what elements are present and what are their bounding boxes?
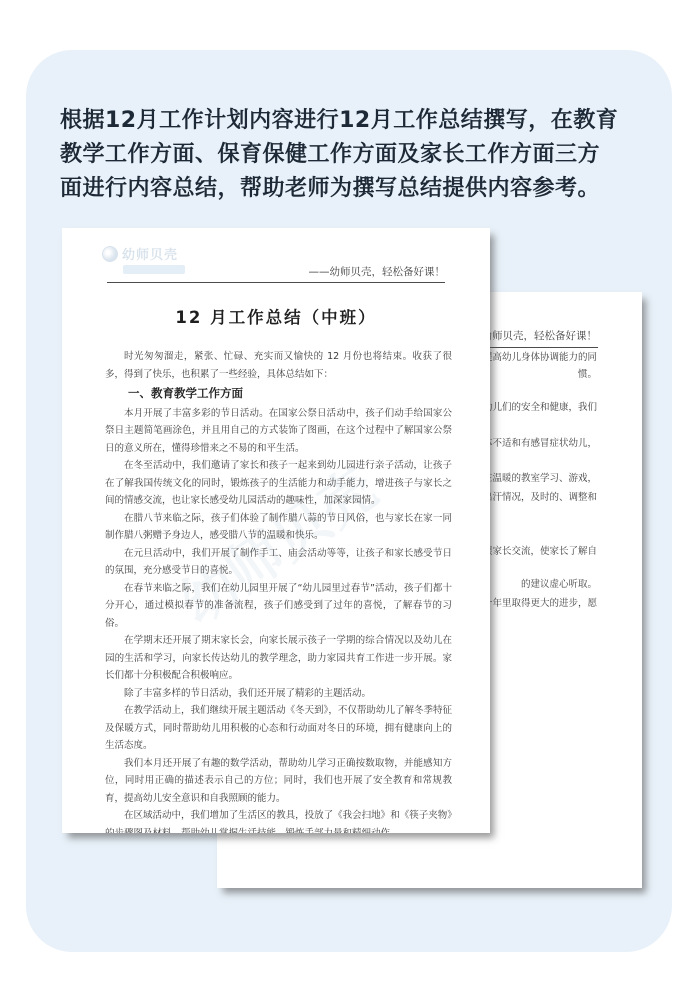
document-title: 12 月工作总结（中班） xyxy=(62,304,490,328)
front-page-tagline: ——幼师贝壳，轻松备好课！ xyxy=(309,264,446,279)
document-body: 时光匆匆溜走，紧张、忙碌、充实而又愉快的 12 月份也将结束。收获了很多，得到了… xyxy=(105,348,452,833)
body-paragraph: 除了丰富多样的节日活动，我们还开展了精彩的主题活动。 xyxy=(105,685,452,703)
section-heading: 一、教育教学工作方面 xyxy=(105,385,452,403)
back-text-fragment: 惯。 xyxy=(578,369,597,381)
body-paragraph: 在腊八节来临之际，孩子们体验了制作腊八蒜的节日风俗，也与家长在家一同制作腊八粥赠… xyxy=(105,510,452,545)
body-paragraph: 在学期末还开展了期末家长会，向家长展示孩子一学期的综合情况以及幼儿在园的生活和学… xyxy=(105,632,452,685)
body-paragraph: 本月开展了丰富多彩的节日活动。在国家公祭日活动中，孩子们动手给国家公祭日主题简笔… xyxy=(105,405,452,458)
instruction-line: 教学工作方面、保育保健工作方面及家长工作方面三方 xyxy=(60,138,660,172)
instruction-line: 根据12月工作计划内容进行12月工作总结撰写，在教育 xyxy=(60,104,660,138)
promo-canvas: 根据12月工作计划内容进行12月工作总结撰写，在教育 教学工作方面、保育保健工作… xyxy=(0,0,700,1000)
shell-icon xyxy=(102,246,118,262)
back-text-fragment: 的建议虚心听取。 xyxy=(521,579,597,591)
body-paragraph: 在区域活动中，我们增加了生活区的教具，投放了《我会扫地》和《筷子夹物》的步骤图及… xyxy=(105,807,452,833)
body-paragraph: 在教学活动上，我们继续开展主题活动《冬天到》，不仅帮助幼儿了解冬季特征及保暖方式… xyxy=(105,702,452,755)
instruction-line: 面进行内容总结，帮助老师为撰写总结提供内容参考。 xyxy=(60,172,660,206)
instruction-text: 根据12月工作计划内容进行12月工作总结撰写，在教育 教学工作方面、保育保健工作… xyxy=(60,104,660,206)
front-header-rule xyxy=(107,282,445,283)
body-paragraph: 在冬至活动中，我们邀请了家长和孩子一起来到幼儿园进行亲子活动，让孩子在了解我国传… xyxy=(105,457,452,510)
intro-paragraph: 时光匆匆溜走，紧张、忙碌、充实而又愉快的 12 月份也将结束。收获了很多，得到了… xyxy=(105,348,452,383)
body-paragraph: 我们本月还开展了有趣的数学活动，帮助幼儿学习正确按数取物，并能感知方位，同时用正… xyxy=(105,755,452,808)
brand-logo: 幼师贝壳 xyxy=(102,244,185,274)
body-paragraph: 在元旦活动中，我们开展了制作手工、庙会活动等等，让孩子和家长感受节日的氛围，充分… xyxy=(105,545,452,580)
front-page: 幼师贝壳 ——幼师贝壳，轻松备好课！ 12 月工作总结（中班） 幼师贝壳 时光匆… xyxy=(62,228,490,833)
brand-logo-name: 幼师贝壳 xyxy=(122,244,178,263)
brand-logo-subtitle-badge xyxy=(123,265,185,274)
body-paragraph: 在春节来临之际，我们在幼儿园里开展了“幼儿园里过春节”活动，孩子们都十分开心，通… xyxy=(105,580,452,633)
